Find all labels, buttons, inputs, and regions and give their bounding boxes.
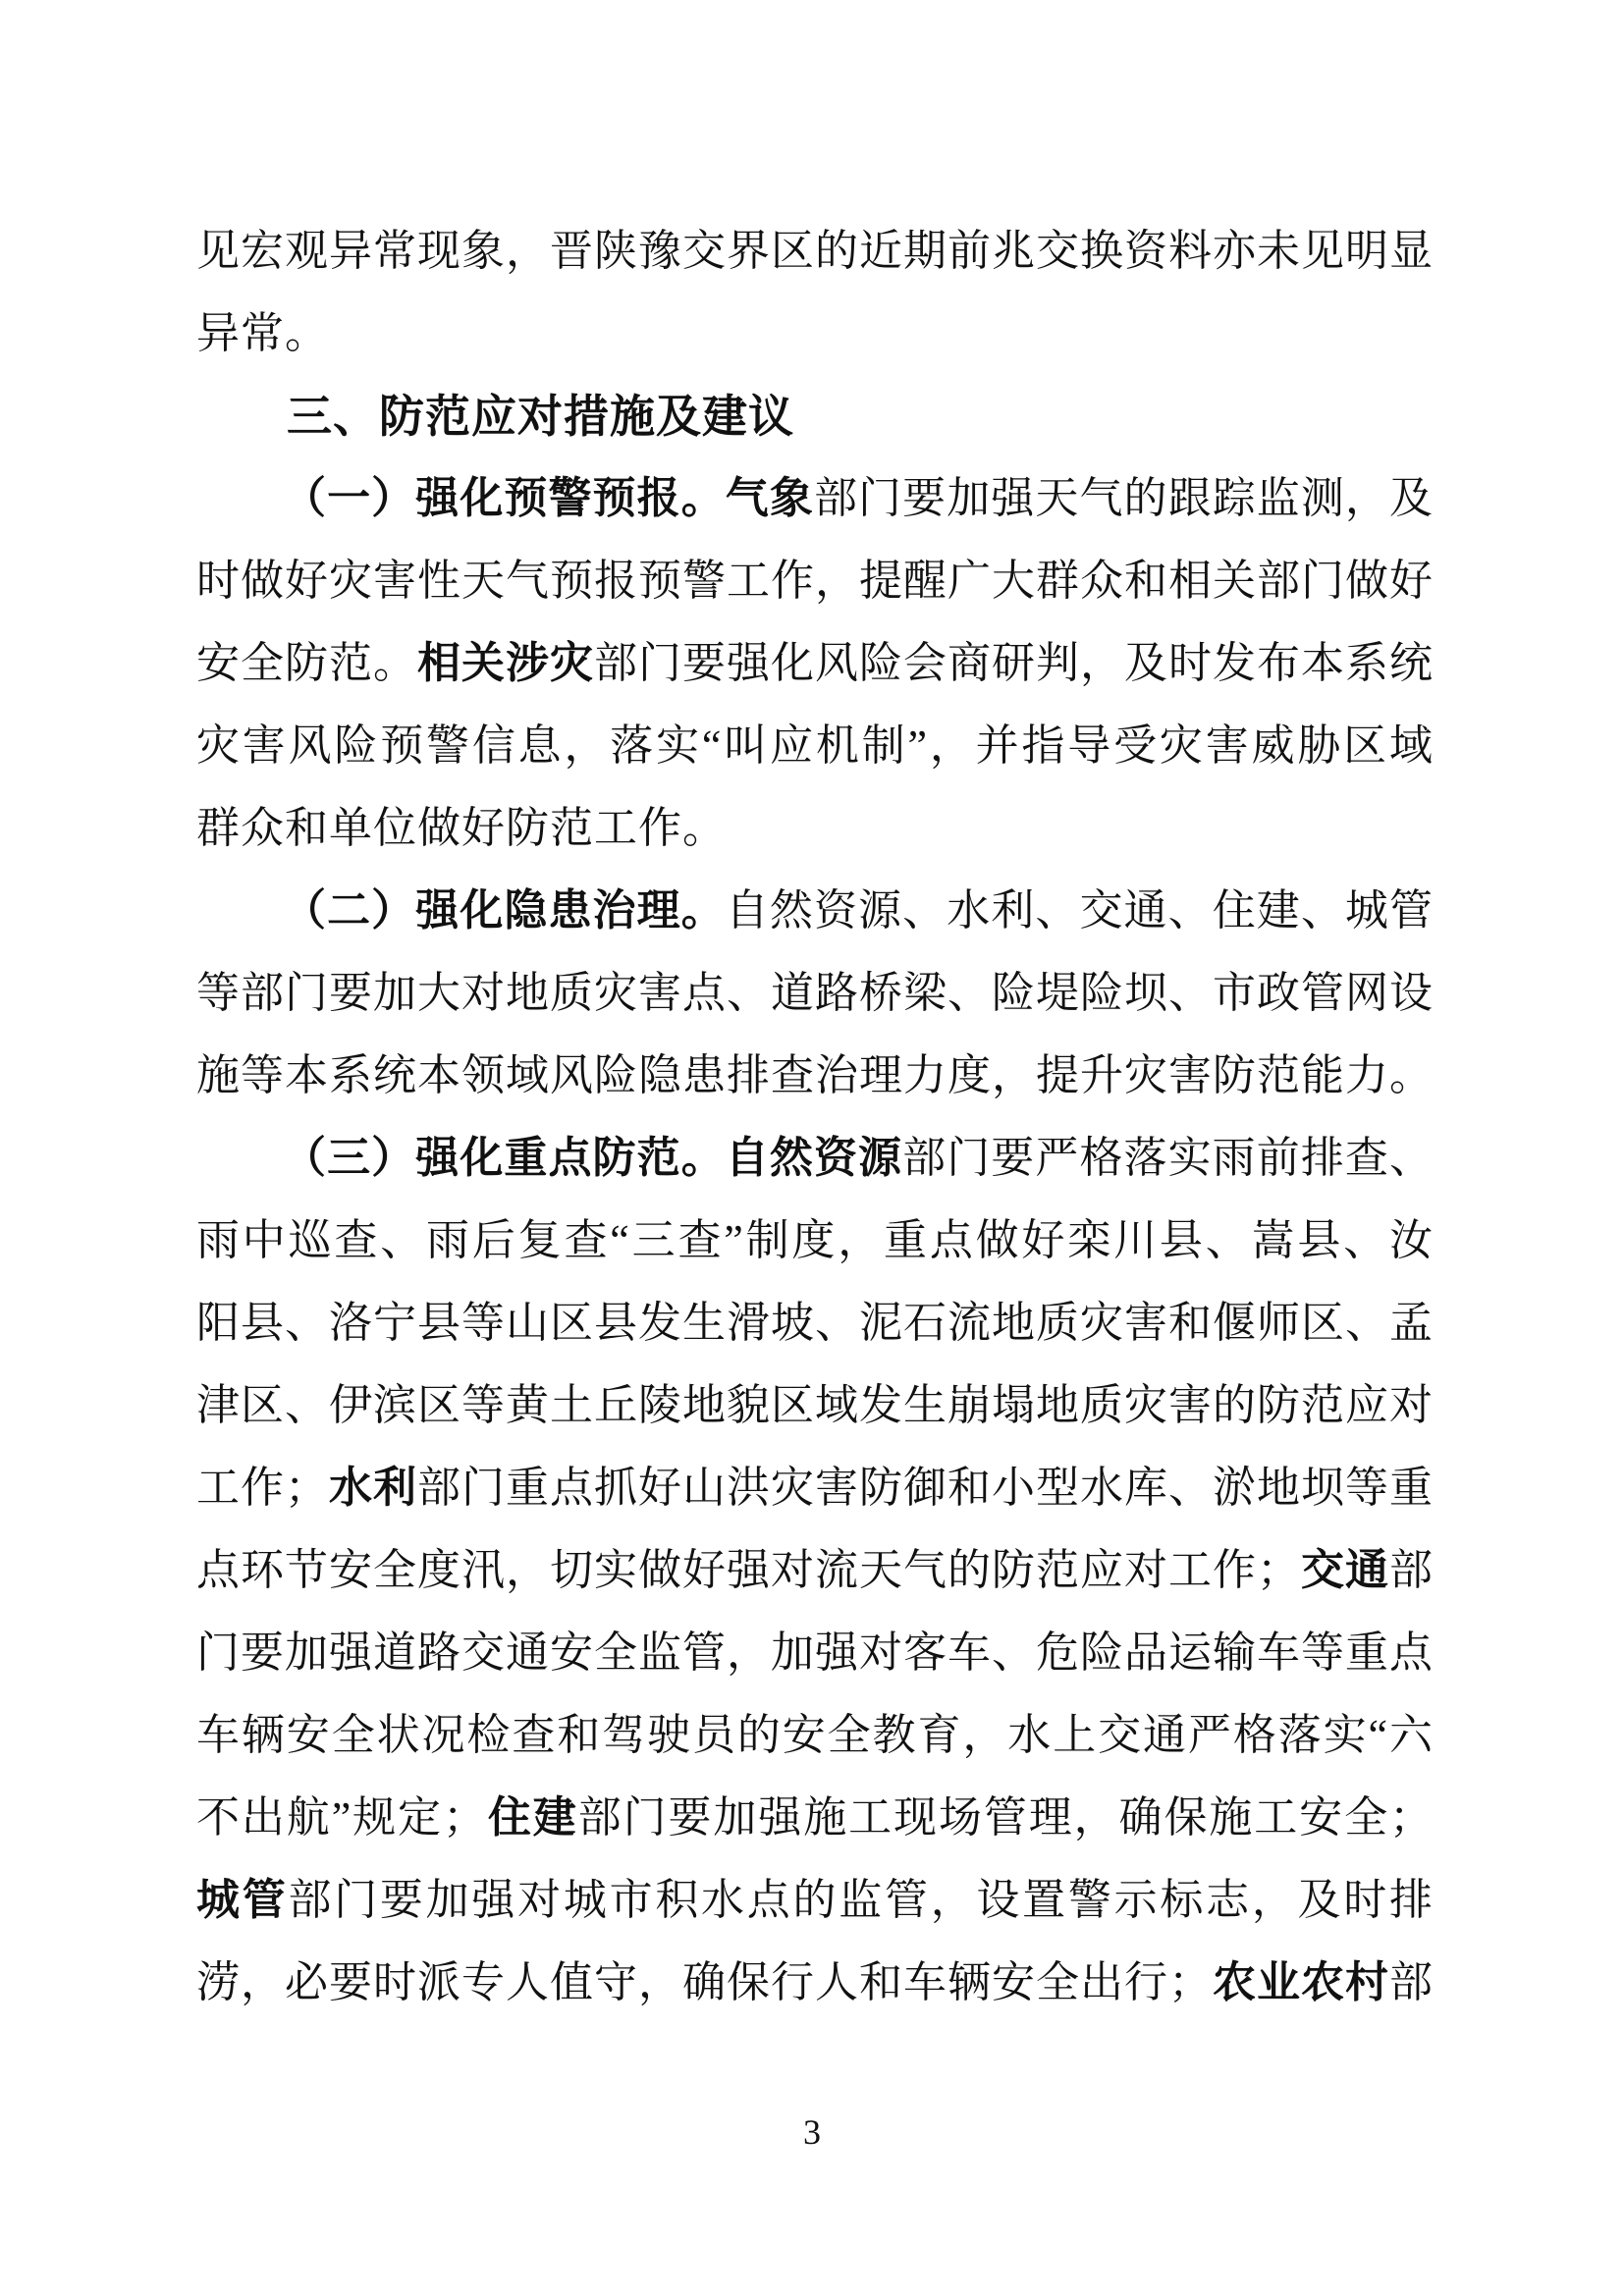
text-run: 阳县、洛宁县等山区县发生滑坡、泥石流地质灾害和偃师区、孟 [196,1299,1434,1347]
document-body: 见宏观异常现象，晋陕豫交界区的近期前兆交换资料亦未见明显异常。三、防范应对措施及… [196,210,1434,2024]
text-line: 门要加强道路交通安全监管，加强对客车、危险品运输车等重点 [196,1612,1434,1694]
text-line: 施等本系统本领域风险隐患排查治理力度，提升灾害防范能力。 [196,1035,1434,1117]
text-line: 车辆安全状况检查和驾驶员的安全教育，水上交通严格落实“六 [196,1694,1434,1777]
text-run: 见宏观异常现象，晋陕豫交界区的近期前兆交换资料亦未见明显 [196,227,1434,275]
text-line: 涝，必要时派专人值守，确保行人和车辆安全出行；农业农村部 [196,1942,1434,2024]
page-number: 3 [0,2110,1624,2154]
text-run: 部门要强化风险会商研判，及时发布本系统 [594,639,1434,687]
text-run: 等部门要加大对地质灾害点、道路桥梁、险堤险坝、市政管网设 [196,969,1434,1017]
text-line: 点环节安全度汛，切实做好强对流天气的防范应对工作；交通部 [196,1529,1434,1612]
bold-text-run: 农业农村 [1213,1958,1389,2006]
section-heading: 三、防范应对措施及建议 [196,375,1434,457]
text-run: 工作； [196,1464,329,1512]
text-run: 部门要加强对城市积水点的监管，设置警示标志，及时排 [288,1876,1434,1924]
text-line: （二）强化隐患治理。自然资源、水利、交通、住建、城管 [196,870,1434,952]
bold-text-run: （三）强化重点防范。自然资源 [283,1134,902,1182]
text-run: 施等本系统本领域风险隐患排查治理力度，提升灾害防范能力。 [196,1051,1434,1099]
text-run: 灾害风险预警信息，落实“叫应机制”，并指导受灾害威胁区域 [196,721,1434,770]
text-line: 雨中巡查、雨后复查“三查”制度，重点做好栾川县、嵩县、汝 [196,1200,1434,1282]
document-page: 见宏观异常现象，晋陕豫交界区的近期前兆交换资料亦未见明显异常。三、防范应对措施及… [0,0,1624,2296]
bold-text-run: 相关涉灾 [417,639,594,687]
text-line: 群众和单位做好防范工作。 [196,787,1434,870]
text-run: 门要加强道路交通安全监管，加强对客车、危险品运输车等重点 [196,1629,1434,1677]
text-run: 部 [1389,1958,1434,2006]
text-line: 不出航”规定；住建部门要加强施工现场管理，确保施工安全； [196,1777,1434,1859]
text-line: （三）强化重点防范。自然资源部门要严格落实雨前排查、 [196,1117,1434,1200]
text-run: 点环节安全度汛，切实做好强对流天气的防范应对工作； [196,1546,1301,1594]
text-line: 等部门要加大对地质灾害点、道路桥梁、险堤险坝、市政管网设 [196,952,1434,1035]
text-line: 津区、伊滨区等黄土丘陵地貌区域发生崩塌地质灾害的防范应对 [196,1364,1434,1447]
text-line: 灾害风险预警信息，落实“叫应机制”，并指导受灾害威胁区域 [196,705,1434,787]
bold-text-run: 水利 [329,1464,417,1512]
text-run: 时做好灾害性天气预报预警工作，提醒广大群众和相关部门做好 [196,557,1434,605]
bold-text-run: 城管 [196,1876,288,1924]
text-line: 异常。 [196,293,1434,375]
text-run: 部 [1389,1546,1434,1594]
text-line: （一）强化预警预报。气象部门要加强天气的跟踪监测，及 [196,457,1434,540]
text-run: 异常。 [196,309,329,357]
text-line: 时做好灾害性天气预报预警工作，提醒广大群众和相关部门做好 [196,540,1434,622]
text-run: 部门要严格落实雨前排查、 [902,1134,1434,1182]
text-line: 工作；水利部门重点抓好山洪灾害防御和小型水库、淤地坝等重 [196,1447,1434,1529]
text-run: 车辆安全状况检查和驾驶员的安全教育，水上交通严格落实“六 [196,1711,1434,1759]
text-run: 部门要加强施工现场管理，确保施工安全； [578,1793,1434,1842]
text-run: 不出航”规定； [196,1793,487,1842]
text-run: 安全防范。 [196,639,417,687]
bold-text-run: （二）强化隐患治理。 [283,886,726,934]
bold-text-run: 住建 [487,1793,578,1842]
text-run: 部门重点抓好山洪灾害防御和小型水库、淤地坝等重 [417,1464,1434,1512]
text-run: 津区、伊滨区等黄土丘陵地貌区域发生崩塌地质灾害的防范应对 [196,1381,1434,1429]
text-run: 涝，必要时派专人值守，确保行人和车辆安全出行； [196,1958,1213,2006]
bold-text-run: （一）强化预警预报。气象 [283,474,814,522]
text-run: 部门要加强天气的跟踪监测，及 [814,474,1434,522]
bold-text-run: 交通 [1301,1546,1389,1594]
text-line: 安全防范。相关涉灾部门要强化风险会商研判，及时发布本系统 [196,622,1434,705]
text-line: 见宏观异常现象，晋陕豫交界区的近期前兆交换资料亦未见明显 [196,210,1434,293]
bold-text-run: 三、防范应对措施及建议 [287,391,794,442]
text-run: 自然资源、水利、交通、住建、城管 [726,886,1434,934]
text-run: 群众和单位做好防范工作。 [196,804,727,852]
text-line: 阳县、洛宁县等山区县发生滑坡、泥石流地质灾害和偃师区、孟 [196,1282,1434,1364]
text-line: 城管部门要加强对城市积水点的监管，设置警示标志，及时排 [196,1859,1434,1942]
text-run: 雨中巡查、雨后复查“三查”制度，重点做好栾川县、嵩县、汝 [196,1216,1434,1264]
